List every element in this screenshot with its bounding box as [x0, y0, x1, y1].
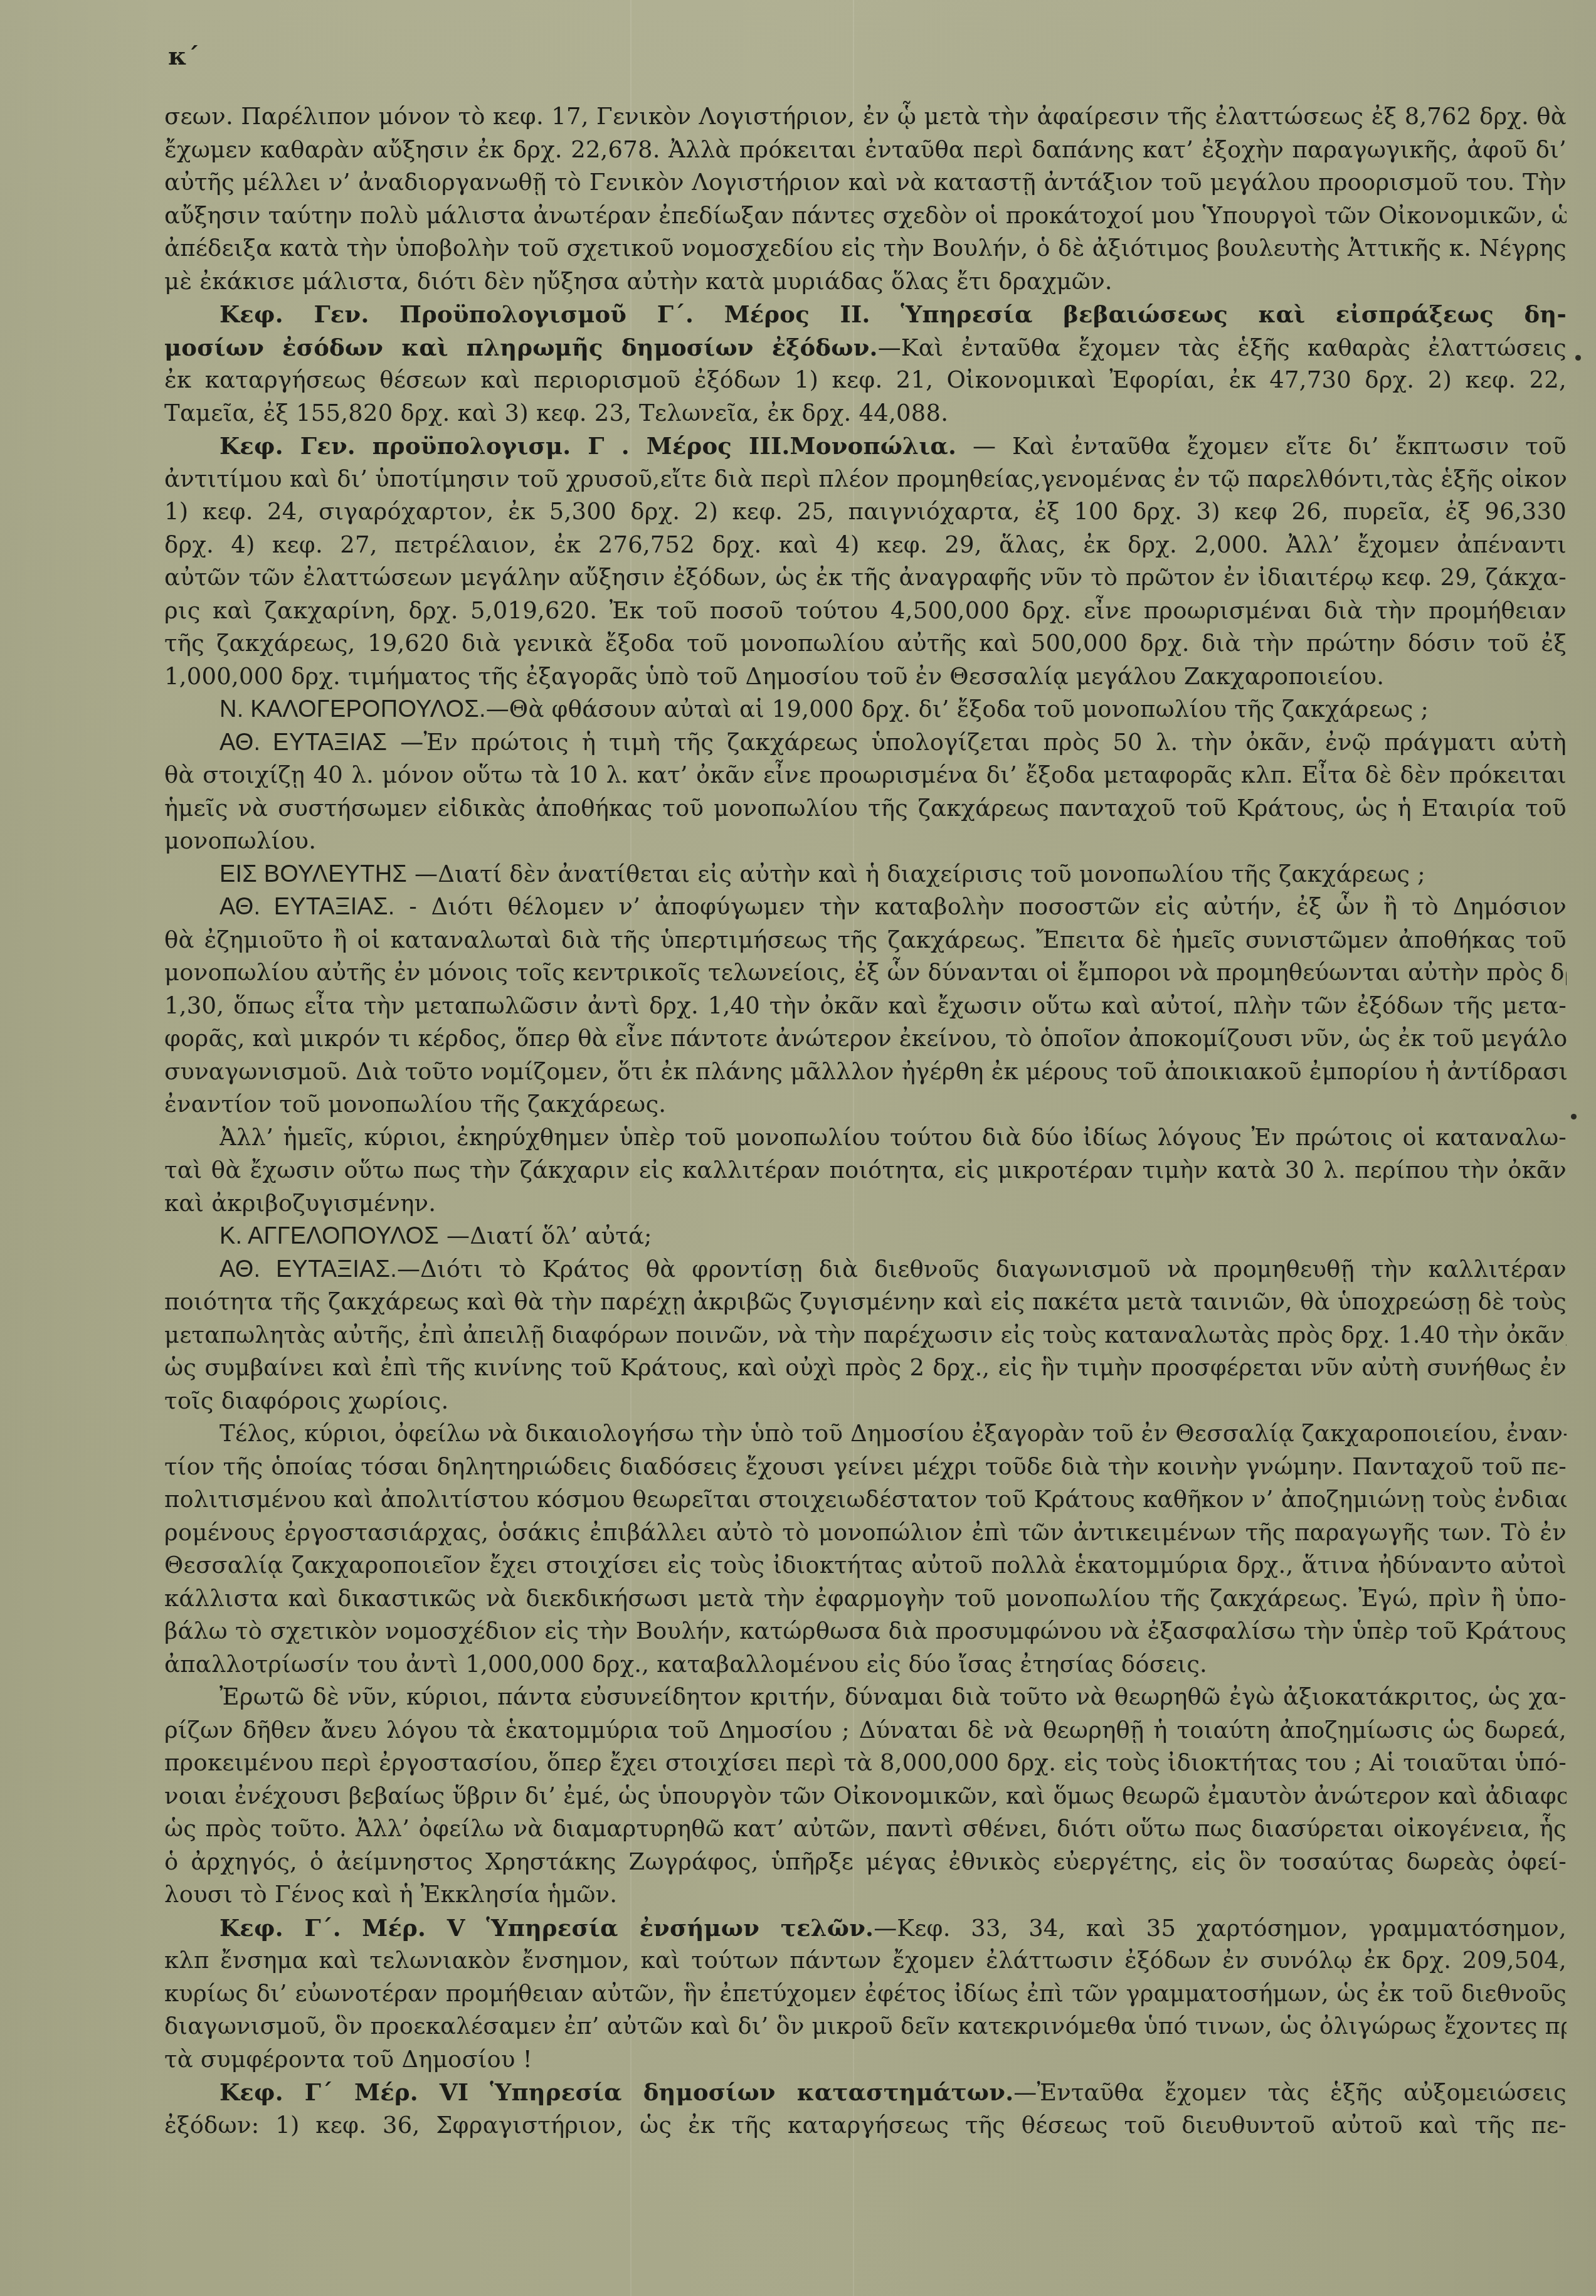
text-line: ρομένους ἐργοστασιάρχας, ὁσάκις ἐπιβάλλε… [164, 1516, 1567, 1549]
speaker-line: Κ. ΑΓΓΕΛΟΠΟΥΛΟΣ —Διατί ὅλ’ αὐτά; [219, 1220, 1567, 1252]
line-text: —Διατί ὅλ’ αὐτά; [439, 1222, 652, 1249]
text-line: ἡμεῖς νὰ συστήσωμεν εἰδικὰς ἀποθήκας τοῦ… [164, 792, 1567, 825]
line-text: —Διατί δὲν ἀνατίθεται εἰς αὐτὴν καὶ ἡ δι… [407, 860, 1425, 887]
text-line: ταὶ θὰ ἔχωσιν οὕτω πως τὴν ζάκχαριν εἰς … [164, 1154, 1567, 1187]
line-text: —Ἐνταῦθα ἔχομεν τὰς ἑξῆς αὐξομειώσεις [1013, 2079, 1567, 2106]
text-line: κλπ ἔνσημα καὶ τελωνιακὸν ἔνσημον, καὶ τ… [164, 1944, 1567, 1977]
section-heading: Κεφ. Γεν. προϋπολογισμ. Γ . Μέρος ΙΙΙ.Μο… [219, 432, 956, 460]
text-line: φορᾶς, καὶ μικρόν τι κέρδος, ὅπερ θὰ εἶν… [164, 1022, 1567, 1055]
text-line: καὶ ἀκριβοζυγισμένην. [164, 1187, 1567, 1220]
text-line: σεων. Παρέλιπον μόνον τὸ κεφ. 17, Γενικὸ… [164, 100, 1567, 133]
text-line: λουσι τὸ Γένος καὶ ἡ Ἐκκλησία ἡμῶν. [164, 1878, 1567, 1911]
section-heading: μοσίων ἐσόδων καὶ πληρωμῆς δημοσίων ἐξόδ… [164, 334, 878, 361]
text-line: ἀπέδειξα κατὰ τὴν ὑποβολὴν τοῦ σχετικοῦ … [164, 232, 1567, 265]
text-line: μεταπωλητὰς αὐτῆς, ἐπὶ ἀπειλῇ διαφόρων π… [164, 1319, 1567, 1352]
speaker-line: ΑΘ. ΕΥΤΑΞΙΑΣ. - Διότι θέλομεν ν’ ἀποφύγω… [219, 891, 1567, 923]
line-text: —Διότι τὸ Κράτος θὰ φροντίσῃ διὰ διεθνοῦ… [397, 1256, 1567, 1283]
text-line: 1,000,000 δρχ. τιμήματος τῆς ἐξαγορᾶς ὑπ… [164, 660, 1567, 693]
speaker-name: ΕΙΣ ΒΟΥΛΕΥΤΗΣ [219, 861, 407, 887]
section-heading-line: Κεφ. Γ΄. Μέρ. V Ὑπηρεσία ἐνσήμων τελῶν.—… [219, 1912, 1567, 1944]
text-line: πολιτισμένου καὶ ἀπολιτίστου κόσμου θεωρ… [164, 1483, 1567, 1516]
text-line: δρχ. 4) κεφ. 27, πετρέλαιον, ἐκ 276,752 … [164, 529, 1567, 561]
text-line: τίον τῆς ὁποίας τόσαι δηλητηριώδεις διαδ… [164, 1451, 1567, 1483]
text-line: τὰ συμφέροντα τοῦ Δημοσίου ! [164, 2043, 1567, 2076]
text-line: αὐτῆς μέλλει ν’ ἀναδιοργανωθῇ τὸ Γενικὸν… [164, 166, 1567, 199]
text-line: συναγωνισμοῦ. Διὰ τοῦτο νομίζομεν, ὅτι ἐ… [164, 1055, 1567, 1088]
text-line: θὰ στοιχίζῃ 40 λ. μόνον οὕτω τὰ 10 λ. κα… [164, 759, 1567, 791]
text-line: τῆς ζακχάρεως, 19,620 διὰ γενικὰ ἔξοδα τ… [164, 627, 1567, 660]
line-text: —Θὰ φθάσουν αὐταὶ αἱ 19,000 δρχ. δι’ ἔξο… [486, 696, 1429, 722]
text-line: ρίζων δῆθεν ἄνευ λόγου τὰ ἑκατομμύρια το… [164, 1714, 1567, 1747]
text-line: μονοπωλίου. [164, 825, 1567, 857]
section-heading: Κεφ. Γ΄ Μέρ. VI Ὑπηρεσία δημοσίων καταστ… [219, 2078, 1013, 2106]
speaker-name: ΑΘ. ΕΥΤΑΞΙΑΣ [219, 729, 387, 756]
text-line: Θεσσαλίᾳ ζακχαροποιεῖον ἔχει στοιχίσει ε… [164, 1549, 1567, 1582]
text-line: 1) κεφ. 24, σιγαρόχαρτον, ἐκ 5,300 δρχ. … [164, 495, 1567, 528]
section-heading-line: μοσίων ἐσόδων καὶ πληρωμῆς δημοσίων ἐξόδ… [164, 331, 1567, 364]
scanned-page: κ΄ σεων. Παρέλιπον μόνον τὸ κεφ. 17, Γεν… [0, 0, 1596, 2296]
text-line: ἀντιτίμου καὶ δι’ ὑποτίμησιν τοῦ χρυσοῦ,… [164, 463, 1567, 495]
text-line: ἐναντίον τοῦ μονοπωλίου τῆς ζακχάρεως. [164, 1088, 1567, 1121]
text-line: κυρίως δι’ εὐωνοτέραν προμήθειαν αὐτῶν, … [164, 1977, 1567, 2010]
text-line: ἔχωμεν καθαρὰν αὔξησιν ἐκ δρχ. 22,678. Ἀ… [164, 134, 1567, 166]
text-line: μὲ ἐκάκισε μάλιστα, διότι δὲν ηὔξησα αὐτ… [164, 265, 1567, 298]
speaker-line: ΑΘ. ΕΥΤΑΞΙΑΣ —Ἐν πρώτοις ἡ τιμὴ τῆς ζακχ… [219, 726, 1567, 759]
speaker-name: Ν. ΚΑΛΟΓΕΡΟΠΟΥΛΟΣ. [219, 696, 486, 722]
section-heading-line: Κεφ. Γεν. προϋπολογισμ. Γ . Μέρος ΙΙΙ.Μο… [219, 430, 1567, 462]
speaker-line: ΕΙΣ ΒΟΥΛΕΥΤΗΣ —Διατί δὲν ἀνατίθεται εἰς … [219, 858, 1567, 891]
text-line: κάλλιστα καὶ δικαστικῶς νὰ διεκδικήσωσι … [164, 1582, 1567, 1615]
speaker-line: ΑΘ. ΕΥΤΑΞΙΑΣ.—Διότι τὸ Κράτος θὰ φροντίσ… [219, 1253, 1567, 1286]
line-text: — Καὶ ἐνταῦθα ἔχομεν εἴτε δι’ ἔκπτωσιν τ… [956, 433, 1567, 460]
text-line: Ἀλλ’ ἡμεῖς, κύριοι, ἐκηρύχθημεν ὑπὲρ τοῦ… [219, 1121, 1567, 1154]
speaker-name: Κ. ΑΓΓΕΛΟΠΟΥΛΟΣ [219, 1223, 439, 1249]
text-line: προκειμένου περὶ ἐργοστασίου, ὅπερ ἔχει … [164, 1747, 1567, 1779]
text-line: ἀπαλλοτρίωσίν του ἀντὶ 1,000,000 δρχ., κ… [164, 1648, 1567, 1681]
text-line: μονοπωλίου αὐτῆς ἐν μόνοις τοῖς κεντρικο… [164, 956, 1567, 989]
section-heading-line: Κεφ. Γεν. Προϋπολογισμοῦ Γ΄. Μέρος ΙΙ. Ὑ… [219, 298, 1567, 331]
text-line: ὁ ἀρχηγός, ὁ ἀείμνηστος Χρηστάκης Ζωγράφ… [164, 1846, 1567, 1878]
text-line: ὡς συμβαίνει καὶ ἐπὶ τῆς κινίνης τοῦ Κρά… [164, 1352, 1567, 1384]
text-line: βάλω τὸ σχετικὸν νομοσχέδιον εἰς τὴν Βου… [164, 1615, 1567, 1648]
text-line: Τέλος, κύριοι, ὀφείλω νὰ δικαιολογήσω τὴ… [219, 1417, 1567, 1450]
text-line: νοιαι ἐνέχουσι βεβαίως ὕβριν δι’ ἐμέ, ὡς… [164, 1780, 1567, 1812]
line-text: —Καὶ ἐνταῦθα ἔχομεν τὰς ἑξῆς καθαρὰς ἐλα… [878, 334, 1567, 361]
text-line: αὔξησιν ταύτην πολὺ μάλιστα ἀνωτέραν ἐπε… [164, 199, 1567, 232]
text-line: ποιότητα τῆς ζακχάρεως καὶ θὰ τὴν παρέχῃ… [164, 1286, 1567, 1318]
text-line: ὡς πρὸς τοῦτο. Ἀλλ’ ὀφείλω νὰ διαμαρτυρη… [164, 1812, 1567, 1845]
text-line: Ταμεῖα, ἐξ 155,820 δρχ. καὶ 3) κεφ. 23, … [164, 397, 1567, 430]
section-heading: Κεφ. Γ΄. Μέρ. V Ὑπηρεσία ἐνσήμων τελῶν. [219, 1914, 874, 1942]
speaker-line: Ν. ΚΑΛΟΓΕΡΟΠΟΥΛΟΣ.—Θὰ φθάσουν αὐταὶ αἱ 1… [219, 693, 1567, 726]
page-number: κ΄ [168, 41, 199, 71]
margin-mark [1571, 1114, 1577, 1119]
margin-mark [1575, 355, 1581, 361]
line-text: —Ἐν πρώτοις ἡ τιμὴ τῆς ζακχάρεως ὑπολογί… [387, 729, 1567, 756]
speaker-name: ΑΘ. ΕΥΤΑΞΙΑΣ. [219, 1256, 397, 1283]
text-line: ἐκ καταργήσεως θέσεων καὶ περιορισμοῦ ἐξ… [164, 364, 1567, 396]
text-line: ἐξόδων: 1) κεφ. 36, Σφραγιστήριον, ὡς ἐκ… [164, 2109, 1567, 2142]
line-text: - Διότι θέλομεν ν’ ἀποφύγωμεν τὴν καταβο… [395, 893, 1567, 920]
section-heading-line: Κεφ. Γ΄ Μέρ. VI Ὑπηρεσία δημοσίων καταστ… [219, 2076, 1567, 2108]
text-line: αὐτῶν τῶν ἐλαττώσεων μεγάλην αὔξησιν ἐξό… [164, 561, 1567, 594]
text-line: τοῖς διαφόροις χωρίοις. [164, 1385, 1567, 1417]
speaker-name: ΑΘ. ΕΥΤΑΞΙΑΣ. [219, 894, 395, 920]
text-line: διαγωνισμοῦ, ὃν προεκαλέσαμεν ἐπ’ αὐτῶν … [164, 2010, 1567, 2043]
line-text: —Κεφ. 33, 34, καὶ 35 χαρτόσημον, γραμματ… [874, 1915, 1567, 1942]
text-line: 1,30, ὅπως εἶτα τὴν μεταπωλῶσιν ἀντὶ δρχ… [164, 990, 1567, 1022]
text-line: θὰ ἐζημιοῦτο ἢ οἱ καταναλωταὶ διὰ τῆς ὑπ… [164, 924, 1567, 956]
text-line: Ἐρωτῶ δὲ νῦν, κύριοι, πάντα εὐσυνείδητον… [219, 1681, 1567, 1713]
text-line: ρις καὶ ζακχαρίνη, δρχ. 5,019,620. Ἐκ το… [164, 595, 1567, 627]
